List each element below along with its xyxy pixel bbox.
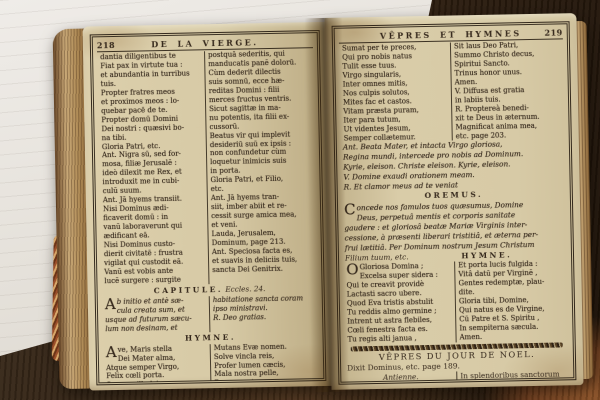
- left-psalms-band: dantia diligentibus te Fiat pax in virtu…: [97, 49, 317, 286]
- capitule-col1: Ab initio et antè sæ- cula creata sum, e…: [102, 296, 211, 334]
- right-hymn-end-col2: Sit laus Deo Patri, Summo Christo decus,…: [451, 40, 565, 141]
- right-page-title: VÊPRES ET HYMNES: [365, 27, 537, 40]
- capitule-band: Ab initio et antè sæ- cula creata sum, e…: [102, 294, 319, 334]
- capitule-heading-label: CAPITULE.: [154, 285, 223, 295]
- left-psalms-col2: postquā sederitis, qui manducatis panē d…: [205, 49, 317, 284]
- left-page-title: DE LA VIERGE.: [123, 36, 287, 49]
- gloriosa-col2: Et porta lucis fulgida : Vitâ datū per V…: [455, 260, 569, 343]
- left-page-number: 218: [97, 39, 123, 49]
- open-book: 218 DE LA VIERGE. dantia diligentibus te…: [52, 13, 593, 397]
- noel-antienne-label: Antienne.: [345, 371, 457, 382]
- left-hymne-col2: Mutans Evæ nomen. Solve vincla reis, Pro…: [211, 342, 320, 384]
- gloriosa-col1: O Gloriosa Domina ; Excelsa super sidera…: [343, 262, 457, 345]
- left-hymne-col1: Ave, Maris stella Dei Mater alma, Atque …: [103, 344, 212, 384]
- capitule-reference: Eccles. 24.: [225, 284, 265, 294]
- left-psalms-col1: dantia diligentibus te Fiat pax in virtu…: [97, 51, 209, 286]
- right-page-frame: VÊPRES ET HYMNES 219 Sumat per te preces…: [332, 21, 577, 385]
- left-page: 218 DE LA VIERGE. dantia diligentibus te…: [83, 22, 334, 391]
- left-page-frame: 218 DE LA VIERGE. dantia diligentibus te…: [90, 30, 327, 385]
- collect-prayer: Concede nos famulos tuos quæsumus, Domin…: [342, 200, 567, 253]
- right-hymn-end-col1: Sumat per te preces, Qui pro nobis natus…: [339, 43, 453, 144]
- right-page-number: 219: [537, 27, 563, 37]
- right-page: VÊPRES ET HYMNES 219 Sumat per te preces…: [324, 13, 583, 390]
- noel-antiphon-incipit: In splendoribus sanctorum: [457, 369, 569, 381]
- right-hymn-end-band: Sumat per te preces, Qui pro nobis natus…: [339, 40, 565, 143]
- gloriosa-band: O Gloriosa Domina ; Excelsa super sidera…: [343, 260, 569, 345]
- left-hymne-band: Ave, Maris stella Dei Mater alma, Atque …: [103, 342, 320, 384]
- photo-of-open-prayer-book: 218 DE LA VIERGE. dantia diligentibus te…: [0, 0, 600, 400]
- antiphon-and-versicles: Ant. Beata Mater, et intacta Virgo glori…: [341, 139, 566, 192]
- capitule-col2: habitatione sancta coram ipso ministravi…: [210, 294, 319, 332]
